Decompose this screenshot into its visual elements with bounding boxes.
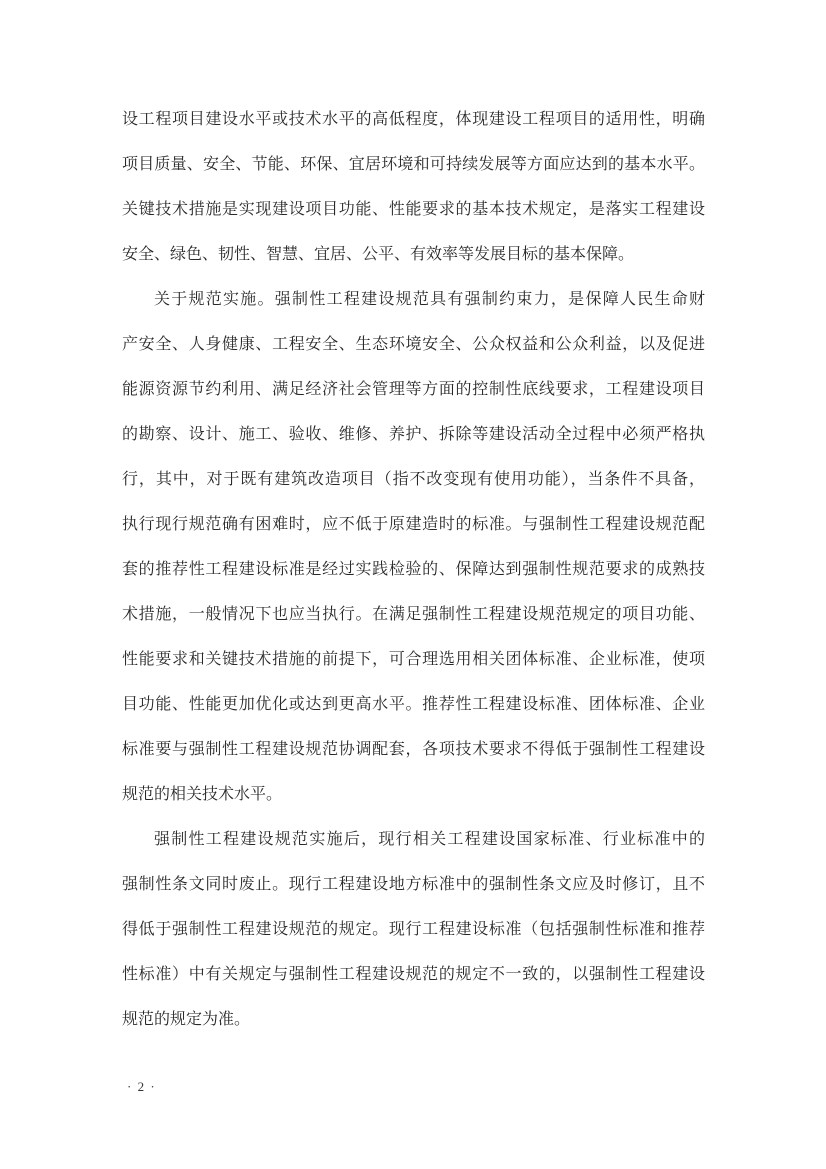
text-line: 目功能、性能更加优化或达到更高水平。推荐性工程建设标准、团体标准、企业 [122, 682, 705, 727]
page-number: · 2 · [127, 1078, 156, 1096]
text-line: 项目质量、安全、节能、环保、宜居环境和可持续发展等方面应达到的基本水平。 [122, 142, 705, 187]
text-line: 得低于强制性工程建设规范的规定。现行工程建设标准（包括强制性标准和推荐 [122, 907, 705, 952]
text-line: 执行现行规范确有困难时，应不低于原建造时的标准。与强制性工程建设规范配 [122, 502, 705, 547]
text-line: 安全、绿色、韧性、智慧、宜居、公平、有效率等发展目标的基本保障。 [122, 232, 705, 277]
text-line: 规范的相关技术水平。 [122, 772, 705, 817]
text-line: 套的推荐性工程建设标准是经过实践检验的、保障达到强制性规范要求的成熟技 [122, 547, 705, 592]
text-line: 设工程项目建设水平或技术水平的高低程度，体现建设工程项目的适用性，明确 [122, 97, 705, 142]
text-line: 术措施，一般情况下也应当执行。在满足强制性工程建设规范规定的项目功能、 [122, 592, 705, 637]
text-line: 标准要与强制性工程建设规范协调配套，各项技术要求不得低于强制性工程建设 [122, 727, 705, 772]
text-line: 产安全、人身健康、工程安全、生态环境安全、公众权益和公众利益，以及促进 [122, 322, 705, 367]
text-line: 能源资源节约利用、满足经济社会管理等方面的控制性底线要求，工程建设项目 [122, 367, 705, 412]
text-line: 性能要求和关键技术措施的前提下，可合理选用相关团体标准、企业标准，使项 [122, 637, 705, 682]
text-line: 规范的规定为准。 [122, 997, 705, 1042]
text-line: 强制性工程建设规范实施后，现行相关工程建设国家标准、行业标准中的 [122, 817, 705, 862]
text-line: 关键技术措施是实现建设项目功能、性能要求的基本技术规定，是落实工程建设 [122, 187, 705, 232]
text-line: 强制性条文同时废止。现行工程建设地方标准中的强制性条文应及时修订，且不 [122, 862, 705, 907]
text-line: 行，其中，对于既有建筑改造项目（指不改变现有使用功能），当条件不具备， [122, 457, 705, 502]
text-line: 关于规范实施。强制性工程建设规范具有强制约束力，是保障人民生命财 [122, 277, 705, 322]
text-line: 性标准）中有关规定与强制性工程建设规范的规定不一致的，以强制性工程建设 [122, 952, 705, 997]
text-line: 的勘察、设计、施工、验收、维修、养护、拆除等建设活动全过程中必须严格执 [122, 412, 705, 457]
document-body-text: 设工程项目建设水平或技术水平的高低程度，体现建设工程项目的适用性，明确 项目质量… [122, 97, 705, 1042]
